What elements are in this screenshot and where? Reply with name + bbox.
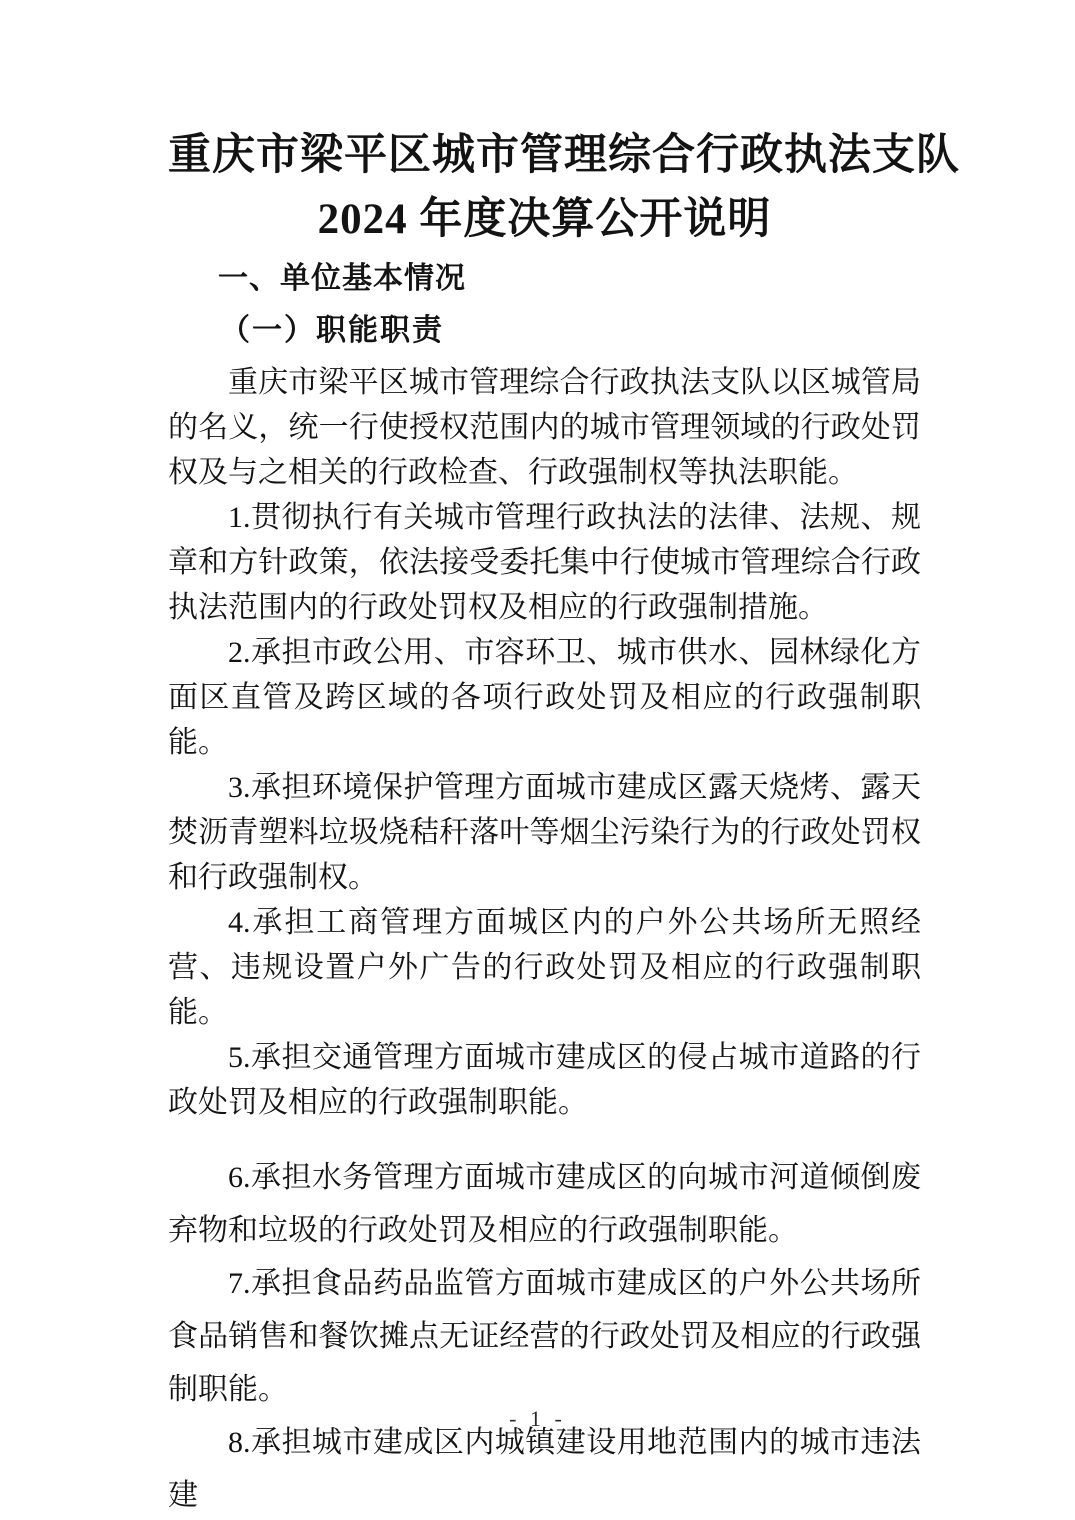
body-paragraph-item-7: 7.承担食品药品监管方面城市建成区的户外公共场所食品销售和餐饮摊点无证经营的行政… (168, 1257, 921, 1416)
subsection-heading-duties: （一）职能职责 (220, 310, 921, 352)
page-content: 重庆市梁平区城市管理综合行政执法支队 2024 年度决算公开说明 一、单位基本情… (168, 0, 921, 1520)
body-paragraph-item-3: 3.承担环境保护管理方面城市建成区露天烧烤、露天焚沥青塑料垃圾烧秸秆落叶等烟尘污… (168, 765, 921, 900)
document-page: 重庆市梁平区城市管理综合行政执法支队 2024 年度决算公开说明 一、单位基本情… (0, 0, 1075, 1520)
page-number: - 1 - (0, 1406, 1075, 1432)
document-title-line2: 2024 年度决算公开说明 (168, 188, 921, 252)
body-paragraph-item-4: 4.承担工商管理方面城区内的户外公共场所无照经营、违规设置户外广告的行政处罚及相… (168, 900, 921, 1035)
section-heading-basic-info: 一、单位基本情况 (218, 258, 921, 300)
document-title: 重庆市梁平区城市管理综合行政执法支队 2024 年度决算公开说明 (168, 0, 921, 252)
body-paragraph-item-5: 5.承担交通管理方面城市建成区的侵占城市道路的行政处罚及相应的行政强制职能。 (168, 1035, 921, 1125)
body-text: 重庆市梁平区城市管理综合行政执法支队以区城管局的名义，统一行使授权范围内的城市管… (168, 360, 921, 1520)
body-paragraph-item-6: 6.承担水务管理方面城市建成区的向城市河道倾倒废弃物和垃圾的行政处罚及相应的行政… (168, 1151, 921, 1257)
document-title-line1: 重庆市梁平区城市管理综合行政执法支队 (168, 124, 921, 188)
body-paragraph-intro: 重庆市梁平区城市管理综合行政执法支队以区城管局的名义，统一行使授权范围内的城市管… (168, 360, 921, 495)
body-paragraph-item-2: 2.承担市政公用、市容环卫、城市供水、园林绿化方面区直管及跨区域的各项行政处罚及… (168, 630, 921, 765)
body-paragraph-item-1: 1.贯彻执行有关城市管理行政执法的法律、法规、规章和方针政策，依法接受委托集中行… (168, 495, 921, 630)
